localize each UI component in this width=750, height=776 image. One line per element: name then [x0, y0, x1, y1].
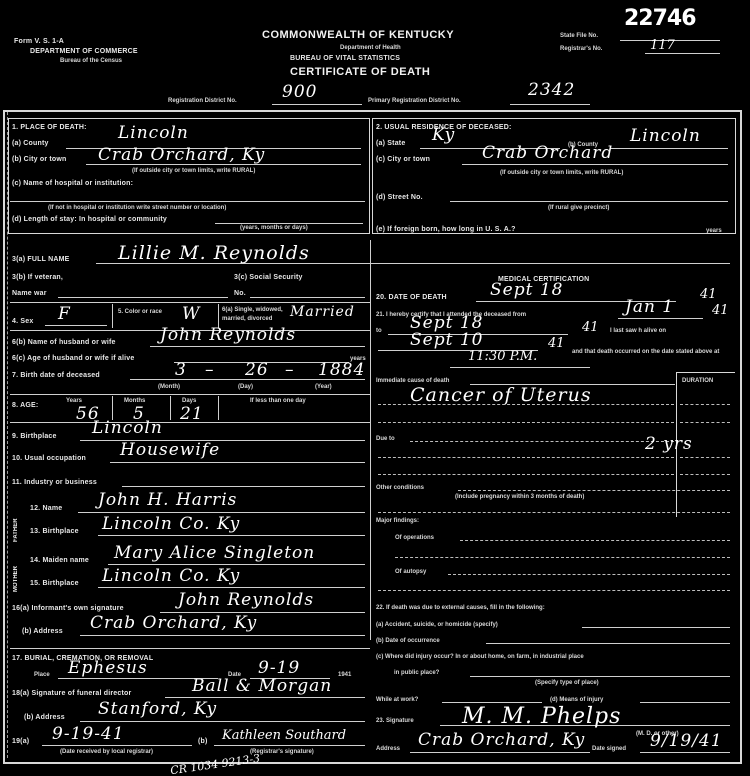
- burial-place-value: Ephesus: [68, 658, 148, 678]
- day-caption: (Day): [238, 384, 253, 390]
- birthplace-value: Lincoln: [92, 418, 163, 438]
- ssn-label: 3(c) Social Security: [234, 274, 303, 281]
- registration-district-label: Registration District No.: [168, 98, 237, 104]
- department-label: DEPARTMENT OF COMMERCE: [30, 48, 138, 55]
- death-county-value: Lincoln: [118, 123, 189, 143]
- duration-value: 2 yrs: [645, 434, 693, 454]
- to-label: to: [376, 328, 382, 334]
- mother-birthplace-value: Lincoln Co. Ky: [102, 566, 240, 586]
- years-label: years: [706, 228, 722, 234]
- death-time-value: 11:30 P.M.: [468, 349, 537, 364]
- age-label: 8. AGE:: [12, 402, 38, 409]
- registrar-number-label: Registrar's No.: [560, 46, 602, 52]
- certificate-title: CERTIFICATE OF DEATH: [290, 66, 430, 78]
- last-saw-label: I last saw h alive on: [610, 328, 666, 334]
- physician-signature-value: M. M. Phelps: [462, 704, 621, 729]
- due-to-label: Due to: [376, 436, 395, 442]
- received-note: (Date received by local registrar): [60, 749, 153, 755]
- color-label: 5. Color or race: [118, 306, 168, 318]
- bureau-census-label: Bureau of the Census: [60, 58, 122, 64]
- primary-district-label: Primary Registration District No.: [368, 98, 461, 104]
- external-causes-label: 22. If death was due to external causes,…: [376, 605, 545, 611]
- residence-state-label: (a) State: [376, 140, 405, 147]
- registrar-number: 117: [650, 38, 675, 53]
- physician-address-value: Crab Orchard, Ky: [418, 730, 585, 750]
- physician-signature-label: 23. Signature: [376, 718, 414, 724]
- mother-name-value: Mary Alice Singleton: [114, 543, 315, 563]
- injury-place-label: (c) Where did injury occur? In or about …: [376, 654, 584, 660]
- burial-place-label: Place: [34, 672, 50, 678]
- burial-year-value: 1941: [338, 672, 351, 678]
- marital-label: 6(a) Single, widowed, married, divorced: [222, 306, 292, 324]
- public-place-label: in public place?: [394, 670, 439, 676]
- informant-signature-value: John Reynolds: [178, 590, 314, 610]
- funeral-director-label: 18(a) Signature of funeral director: [12, 690, 131, 697]
- foreign-born-label: (e) If foreign born, how long in U. S. A…: [376, 226, 516, 233]
- death-date-value: Sept 18: [490, 280, 563, 300]
- street-note: (If rural give precinct): [548, 205, 609, 211]
- occurrence-date-label: (b) Date of occurrence: [376, 638, 440, 644]
- stay-note: (years, months or days): [240, 225, 308, 231]
- primary-district-number: 2342: [528, 80, 575, 100]
- county-label: (a) County: [12, 140, 49, 147]
- death-city-value: Crab Orchard, Ky: [98, 145, 265, 165]
- age-days-value: 21: [180, 404, 204, 424]
- veteran-label: 3(b) If veteran,: [12, 274, 63, 281]
- full-name-value: Lillie M. Reynolds: [118, 242, 310, 264]
- street-label: (d) Street No.: [376, 194, 423, 201]
- full-name-label: 3(a) FULL NAME: [12, 256, 70, 263]
- city-label: (b) City or town: [12, 156, 67, 163]
- war-label: Name war: [12, 290, 47, 297]
- occurred-label: and that death occurred on the date stat…: [572, 344, 732, 360]
- marital-value: Married: [290, 304, 355, 320]
- director-address-value: Stanford, Ky: [98, 699, 217, 719]
- occupation-value: Housewife: [120, 440, 220, 460]
- residence-city-note: (If outside city or town limits, write R…: [500, 170, 623, 176]
- residence-county-value: Lincoln: [630, 126, 701, 146]
- year-caption: (Year): [315, 384, 332, 390]
- birthplace-label: 9. Birthplace: [12, 433, 57, 440]
- sex-label: 4. Sex: [12, 318, 33, 325]
- autopsy-label: Of autopsy: [395, 569, 426, 575]
- burial-date-value: 9-19: [258, 658, 300, 678]
- residence-city-label: (c) City or town: [376, 156, 430, 163]
- registration-district-number: 900: [282, 82, 317, 102]
- place-of-death-title: 1. PLACE OF DEATH:: [12, 124, 87, 131]
- birth-year-value: 1884: [318, 360, 365, 380]
- date-signed-value: 9/19/41: [650, 731, 723, 751]
- mother-name-label: 14. Maiden name: [30, 557, 89, 564]
- received-date-value: 9-19-41: [52, 724, 125, 744]
- registrar-signature-value: Kathleen Southard: [222, 728, 346, 743]
- informant-signature-label: 16(a) Informant's own signature: [12, 605, 124, 612]
- father-name-label: 12. Name: [30, 505, 62, 512]
- spouse-label: 6(b) Name of husband or wife: [12, 339, 116, 346]
- accident-label: (a) Accident, suicide, or homicide (spec…: [376, 622, 498, 628]
- informant-address-label: (b) Address: [22, 628, 63, 635]
- father-birthplace-value: Lincoln Co. Ky: [102, 514, 240, 534]
- ssn-number-label: No.: [234, 290, 246, 297]
- physician-address-label: Address: [376, 746, 400, 752]
- last-saw-year: 41: [548, 336, 565, 351]
- sex-value: F: [58, 304, 71, 324]
- director-address-label: (b) Address: [24, 714, 65, 721]
- duration-header: DURATION: [682, 378, 713, 384]
- birth-day-value: 26: [245, 360, 269, 380]
- while-at-work-label: While at work?: [376, 697, 418, 703]
- birth-date-label: 7. Birth date of deceased: [12, 372, 100, 379]
- other-conditions-label: Other conditions: [376, 485, 424, 491]
- operations-label: Of operations: [395, 535, 434, 541]
- spouse-age-label: 6(c) Age of husband or wife if alive: [12, 355, 134, 362]
- death-date-label: 20. DATE OF DEATH: [376, 294, 447, 301]
- state-file-label: State File No.: [560, 33, 598, 39]
- attended-from-year: 41: [712, 303, 729, 318]
- dept-health-label: Department of Health: [340, 45, 401, 51]
- last-saw-value: Sept 10: [410, 330, 483, 350]
- means-of-injury-label: (d) Means of injury: [550, 697, 603, 703]
- residence-state-value: Ky: [432, 125, 455, 145]
- spouse-value: John Reynolds: [160, 325, 296, 345]
- color-value: W: [182, 304, 200, 324]
- less-than-day-label: If less than one day: [250, 398, 306, 404]
- father-tag: FATHER: [13, 506, 19, 542]
- stay-label: (d) Length of stay: In hospital or commu…: [12, 216, 167, 223]
- father-name-value: John H. Harris: [98, 490, 237, 510]
- hospital-note: (If not in hospital or institution write…: [48, 205, 226, 211]
- father-birthplace-label: 13. Birthplace: [30, 528, 79, 535]
- attended-from-value: Jan 1: [625, 297, 674, 317]
- month-caption: (Month): [158, 384, 180, 390]
- cause-value: Cancer of Uterus: [410, 384, 592, 406]
- state-title: COMMONWEALTH OF KENTUCKY: [262, 29, 454, 41]
- specify-place-note: (Specify type of place): [535, 680, 599, 686]
- other-conditions-note: (Include pregnancy within 3 months of de…: [455, 494, 584, 500]
- form-id: Form V. S. 1-A: [14, 38, 64, 45]
- attended-to-year: 41: [582, 320, 599, 335]
- mother-birthplace-label: 15. Birthplace: [30, 580, 79, 587]
- residence-city-value: Crab Orchard: [482, 143, 613, 163]
- hospital-label: (c) Name of hospital or institution:: [12, 180, 133, 187]
- mother-tag: MOTHER: [13, 556, 19, 592]
- state-file-number: 22746: [624, 6, 696, 31]
- occupation-label: 10. Usual occupation: [12, 455, 86, 462]
- received-label: 19(a): [12, 738, 29, 745]
- city-note: (If outside city or town limits, write R…: [132, 168, 255, 174]
- industry-label: 11. Industry or business: [12, 479, 97, 486]
- funeral-director-value: Ball & Morgan: [192, 676, 332, 696]
- death-year-value: 41: [700, 287, 717, 302]
- bureau-label: BUREAU OF VITAL STATISTICS: [290, 55, 400, 62]
- major-findings-label: Major findings:: [376, 518, 419, 524]
- registrar-signature-label: (b): [198, 738, 208, 745]
- birth-month-value: 3: [175, 360, 187, 380]
- informant-address-value: Crab Orchard, Ky: [90, 613, 257, 633]
- registrar-signature-note: (Registrar's signature): [250, 749, 314, 755]
- date-signed-label: Date signed: [592, 746, 626, 752]
